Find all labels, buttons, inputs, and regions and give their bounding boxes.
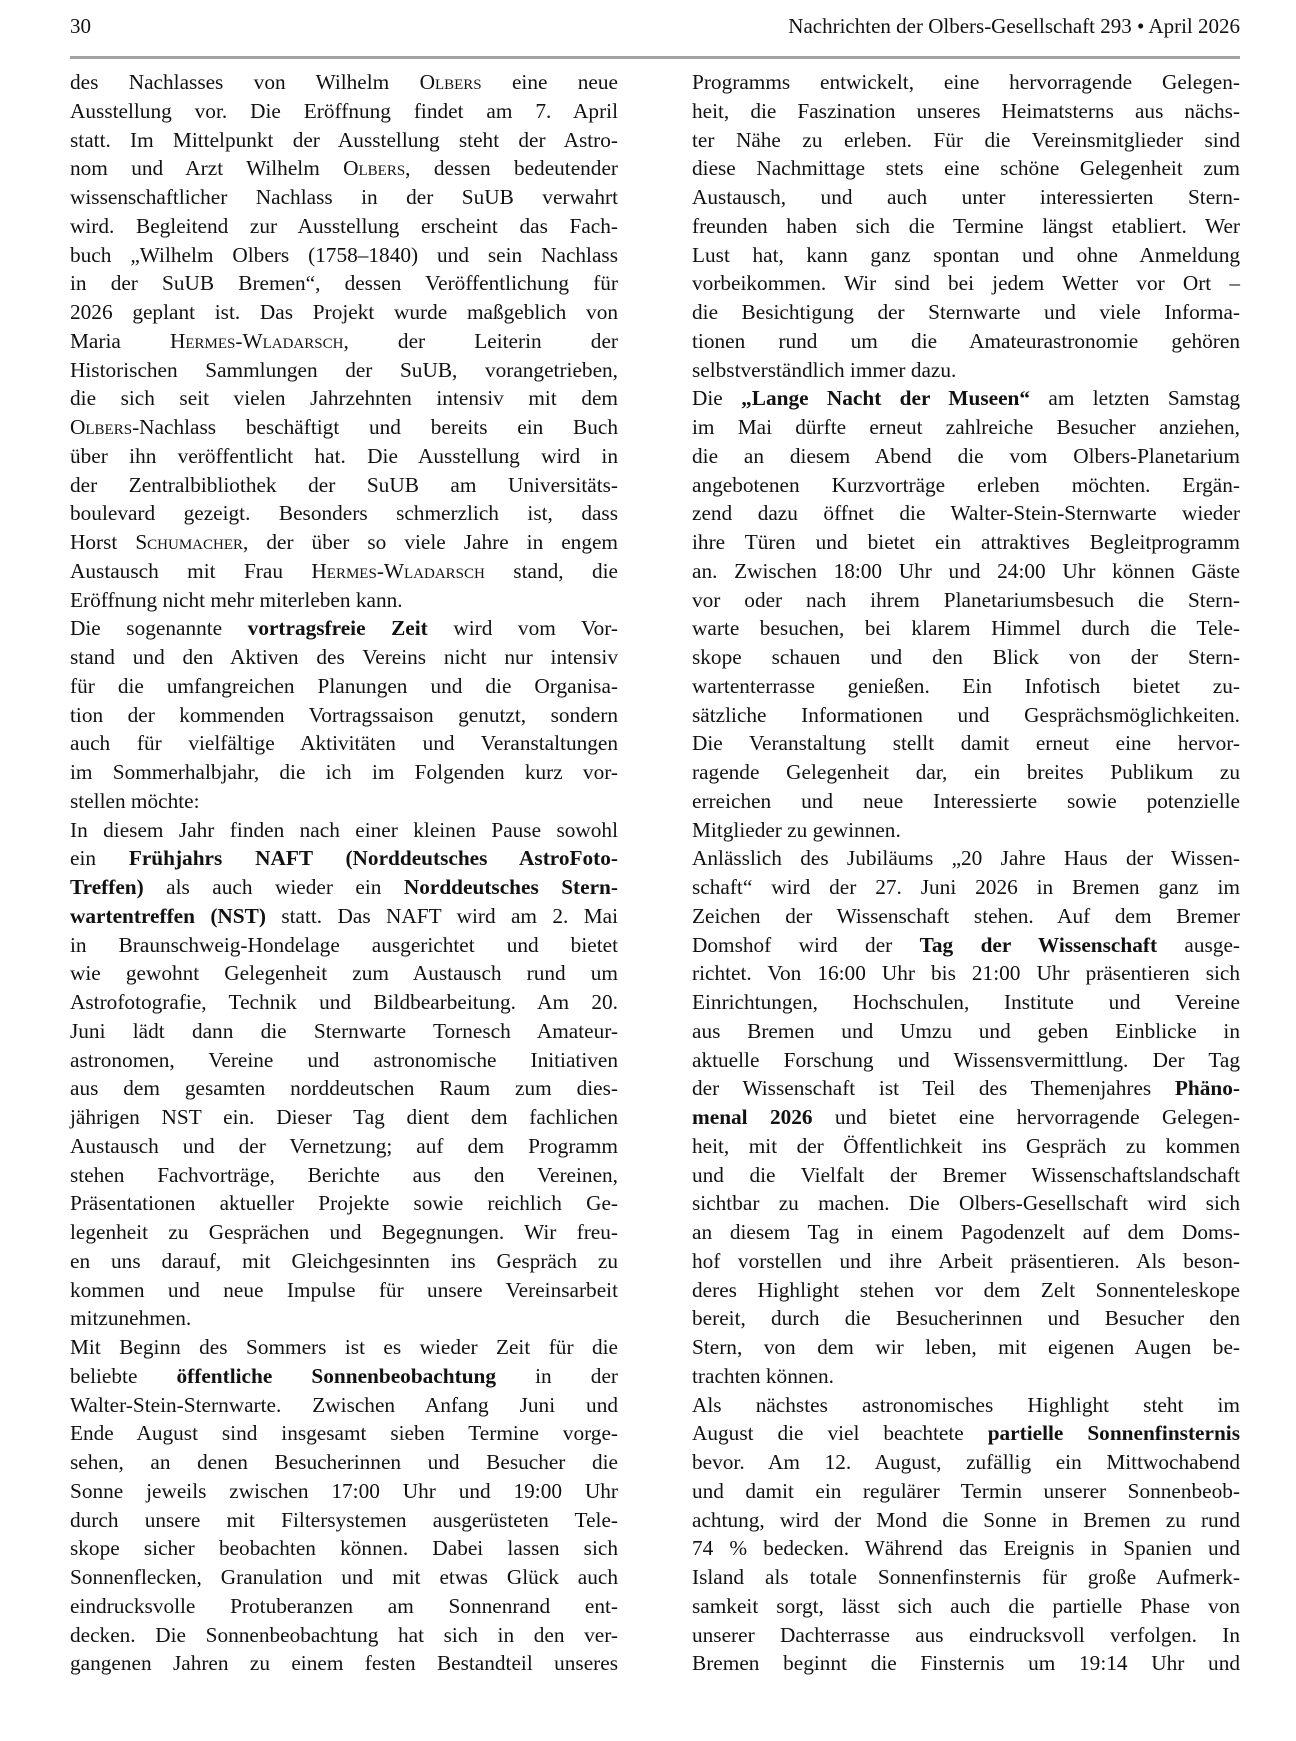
- text-line: schaft“ wird der 27. Juni 2026 in Bremen…: [692, 873, 1240, 902]
- text-line: an. Zwischen 18:00 Uhr und 24:00 Uhr kön…: [692, 557, 1240, 586]
- text-line: die sich seit vielen Jahrzehnten intensi…: [70, 384, 618, 413]
- text-line: angebotenen Kurzvorträge erleben möchten…: [692, 471, 1240, 500]
- text-line: ragende Gelegenheit dar, ein breites Pub…: [692, 758, 1240, 787]
- text-line: 2026 geplant ist. Das Projekt wurde maßg…: [70, 298, 618, 327]
- text-line: Ende August sind insgesamt sieben Termin…: [70, 1419, 618, 1448]
- text-line: der Wissenschaft ist Teil des Themenjahr…: [692, 1074, 1240, 1103]
- text-line: und damit ein regulärer Termin unserer S…: [692, 1477, 1240, 1506]
- text-line: Präsentationen aktueller Projekte sowie …: [70, 1189, 618, 1218]
- page-number: 30: [70, 14, 91, 39]
- text-line: und die Vielfalt der Bremer Wissenschaft…: [692, 1161, 1240, 1190]
- text-line: heit, mit der Öffentlichkeit ins Gespräc…: [692, 1132, 1240, 1161]
- running-title: Nachrichten der Olbers-Gesellschaft 293 …: [788, 14, 1240, 39]
- text-line: hof vorstellen und ihre Arbeit präsentie…: [692, 1247, 1240, 1276]
- text-line: ein Frühjahrs NAFT (Norddeutsches AstroF…: [70, 844, 618, 873]
- text-line: sehen, an denen Besucherinnen und Besuch…: [70, 1448, 618, 1477]
- text-line: tionen rund um die Amateurastronomie geh…: [692, 327, 1240, 356]
- text-line: im Mai dürfte erneut zahlreiche Besucher…: [692, 413, 1240, 442]
- text-line: zend dazu öffnet die Walter-Stein-Sternw…: [692, 499, 1240, 528]
- text-line: wie gewohnt Gelegenheit zum Austausch ru…: [70, 959, 618, 988]
- text-line: Austausch, und auch unter interessierten…: [692, 183, 1240, 212]
- text-line: auch für vielfältige Aktivitäten und Ver…: [70, 729, 618, 758]
- text-line: Bremen beginnt die Finsternis um 19:14 U…: [692, 1649, 1240, 1678]
- text-line: Olbers-Nachlass beschäftigt und bereits …: [70, 413, 618, 442]
- text-line: aktuelle Forschung und Wissensvermittlun…: [692, 1046, 1240, 1075]
- text-line: richtet. Von 16:00 Uhr bis 21:00 Uhr prä…: [692, 959, 1240, 988]
- text-line: skope schauen und den Blick von der Ster…: [692, 643, 1240, 672]
- text-line: Austausch und der Vernetzung; auf dem Pr…: [70, 1132, 618, 1161]
- text-line: aus Bremen und Umzu und geben Einblicke …: [692, 1017, 1240, 1046]
- text-line: stand und den Aktiven des Vereins nicht …: [70, 643, 618, 672]
- running-header: 30 Nachrichten der Olbers-Gesellschaft 2…: [70, 14, 1240, 44]
- text-line: erreichen und neue Interessierte sowie p…: [692, 787, 1240, 816]
- text-line: deres Highlight stehen vor dem Zelt Sonn…: [692, 1276, 1240, 1305]
- text-line: jährigen NST ein. Dieser Tag dient dem f…: [70, 1103, 618, 1132]
- text-line: mitzunehmen.: [70, 1304, 618, 1333]
- text-line: in der SuUB Bremen“, dessen Veröffentlic…: [70, 269, 618, 298]
- text-line: Mitglieder zu gewinnen.: [692, 816, 1240, 845]
- text-line: durch unsere mit Filtersystemen ausgerüs…: [70, 1506, 618, 1535]
- text-line: statt. Im Mittelpunkt der Ausstellung st…: [70, 126, 618, 155]
- text-line: gangenen Jahren zu einem festen Bestandt…: [70, 1649, 618, 1678]
- text-line: Ausstellung vor. Die Eröffnung findet am…: [70, 97, 618, 126]
- text-line: Programms entwickelt, eine hervorragende…: [692, 68, 1240, 97]
- text-line: Die sogenannte vortragsfreie Zeit wird v…: [70, 614, 618, 643]
- text-line: des Nachlasses von Wilhelm Olbers eine n…: [70, 68, 618, 97]
- text-line: Treffen) als auch wieder ein Norddeutsch…: [70, 873, 618, 902]
- text-line: 74 % bedecken. Während das Ereignis in S…: [692, 1534, 1240, 1563]
- text-line: Sonnenflecken, Granulation und mit etwas…: [70, 1563, 618, 1592]
- text-line: tion der kommenden Vortragssaison genutz…: [70, 701, 618, 730]
- text-line: freunden haben sich die Termine längst e…: [692, 212, 1240, 241]
- text-line: achtung, wird der Mond die Sonne in Brem…: [692, 1506, 1240, 1535]
- text-line: Lust hat, kann ganz spontan und ohne Anm…: [692, 241, 1240, 270]
- text-line: Astrofotografie, Technik und Bildbearbei…: [70, 988, 618, 1017]
- text-line: sätzliche Informationen und Gesprächsmög…: [692, 701, 1240, 730]
- header-rule: [70, 56, 1240, 59]
- text-line: Mit Beginn des Sommers ist es wieder Zei…: [70, 1333, 618, 1362]
- text-line: vorbeikommen. Wir sind bei jedem Wetter …: [692, 269, 1240, 298]
- text-line: In diesem Jahr finden nach einer kleinen…: [70, 816, 618, 845]
- text-line: Austausch mit Frau Hermes-Wladarsch stan…: [70, 557, 618, 586]
- text-line: kommen und neue Impulse für unsere Verei…: [70, 1276, 618, 1305]
- text-line: trachten können.: [692, 1362, 1240, 1391]
- text-line: im Sommerhalbjahr, die ich im Folgenden …: [70, 758, 618, 787]
- text-line: decken. Die Sonnenbeobachtung hat sich i…: [70, 1621, 618, 1650]
- text-line: die an diesem Abend die vom Olbers-Plane…: [692, 442, 1240, 471]
- text-line: Anlässlich des Jubiläums „20 Jahre Haus …: [692, 844, 1240, 873]
- text-line: wird. Begleitend zur Ausstellung erschei…: [70, 212, 618, 241]
- text-line: Island als totale Sonnenfinsternis für g…: [692, 1563, 1240, 1592]
- text-line: vor oder nach ihrem Planetariumsbesuch d…: [692, 586, 1240, 615]
- text-line: aus dem gesamten norddeutschen Raum zum …: [70, 1074, 618, 1103]
- text-line: der Zentralbibliothek der SuUB am Univer…: [70, 471, 618, 500]
- text-line: stellen möchte:: [70, 787, 618, 816]
- text-line: wissenschaftlicher Nachlass in der SuUB …: [70, 183, 618, 212]
- text-line: wartentreffen (NST) statt. Das NAFT wird…: [70, 902, 618, 931]
- text-line: die Besichtigung der Sternwarte und viel…: [692, 298, 1240, 327]
- text-line: astronomen, Vereine und astronomische In…: [70, 1046, 618, 1075]
- text-line: nom und Arzt Wilhelm Olbers, dessen bede…: [70, 154, 618, 183]
- text-line: buch „Wilhelm Olbers (1758–1840) und sei…: [70, 241, 618, 270]
- text-line: stehen Fachvorträge, Berichte aus den Ve…: [70, 1161, 618, 1190]
- text-line: heit, die Faszination unseres Heimatster…: [692, 97, 1240, 126]
- text-line: wartenterrasse genießen. Ein Infotisch b…: [692, 672, 1240, 701]
- text-line: warte besuchen, bei klarem Himmel durch …: [692, 614, 1240, 643]
- text-line: Eröffnung nicht mehr miterleben kann.: [70, 586, 618, 615]
- text-line: bereit, durch die Besucherinnen und Besu…: [692, 1304, 1240, 1333]
- text-line: Horst Schumacher, der über so viele Jahr…: [70, 528, 618, 557]
- text-line: August die viel beachtete partielle Sonn…: [692, 1419, 1240, 1448]
- text-line: diese Nachmittage stets eine schöne Gele…: [692, 154, 1240, 183]
- text-line: samkeit sorgt, lässt sich auch die parti…: [692, 1592, 1240, 1621]
- text-line: en uns darauf, mit Gleichgesinnten ins G…: [70, 1247, 618, 1276]
- text-line: bevor. Am 12. August, zufällig ein Mittw…: [692, 1448, 1240, 1477]
- text-line: sichtbar zu machen. Die Olbers-Gesellsch…: [692, 1189, 1240, 1218]
- text-line: Zeichen der Wissenschaft stehen. Auf dem…: [692, 902, 1240, 931]
- text-line: skope sicher beobachten können. Dabei la…: [70, 1534, 618, 1563]
- text-line: Maria Hermes-Wladarsch, der Leiterin der: [70, 327, 618, 356]
- text-line: Als nächstes astronomisches Highlight st…: [692, 1391, 1240, 1420]
- text-line: Die „Lange Nacht der Museen“ am letzten …: [692, 384, 1240, 413]
- text-line: ihre Türen und bietet ein attraktives Be…: [692, 528, 1240, 557]
- text-line: menal 2026 und bietet eine hervorragende…: [692, 1103, 1240, 1132]
- text-line: beliebte öffentliche Sonnenbeobachtung i…: [70, 1362, 618, 1391]
- text-line: Walter-Stein-Sternwarte. Zwischen Anfang…: [70, 1391, 618, 1420]
- text-line: für die umfangreichen Planungen und die …: [70, 672, 618, 701]
- text-line: legenheit zu Gesprächen und Begegnungen.…: [70, 1218, 618, 1247]
- text-line: selbstverständlich immer dazu.: [692, 356, 1240, 385]
- text-line: an diesem Tag in einem Pagodenzelt auf d…: [692, 1218, 1240, 1247]
- text-line: boulevard gezeigt. Besonders schmerzlich…: [70, 499, 618, 528]
- text-line: Sonne jeweils zwischen 17:00 Uhr und 19:…: [70, 1477, 618, 1506]
- text-line: in Braunschweig-Hondelage ausgerichtet u…: [70, 931, 618, 960]
- text-line: Historischen Sammlungen der SuUB, vorang…: [70, 356, 618, 385]
- right-column: Programms entwickelt, eine hervorragende…: [692, 68, 1240, 1678]
- text-line: Domshof wird der Tag der Wissenschaft au…: [692, 931, 1240, 960]
- text-line: ter Nähe zu erleben. Für die Vereinsmitg…: [692, 126, 1240, 155]
- text-line: über ihn veröffentlicht hat. Die Ausstel…: [70, 442, 618, 471]
- text-line: Stern, von dem wir leben, mit eigenen Au…: [692, 1333, 1240, 1362]
- text-line: Die Veranstaltung stellt damit erneut ei…: [692, 729, 1240, 758]
- text-line: eindrucksvolle Protuberanzen am Sonnenra…: [70, 1592, 618, 1621]
- text-line: Einrichtungen, Hochschulen, Institute un…: [692, 988, 1240, 1017]
- text-line: Juni lädt dann die Sternwarte Tornesch A…: [70, 1017, 618, 1046]
- left-column: des Nachlasses von Wilhelm Olbers eine n…: [70, 68, 618, 1678]
- text-line: unserer Dachterrasse aus eindrucksvoll v…: [692, 1621, 1240, 1650]
